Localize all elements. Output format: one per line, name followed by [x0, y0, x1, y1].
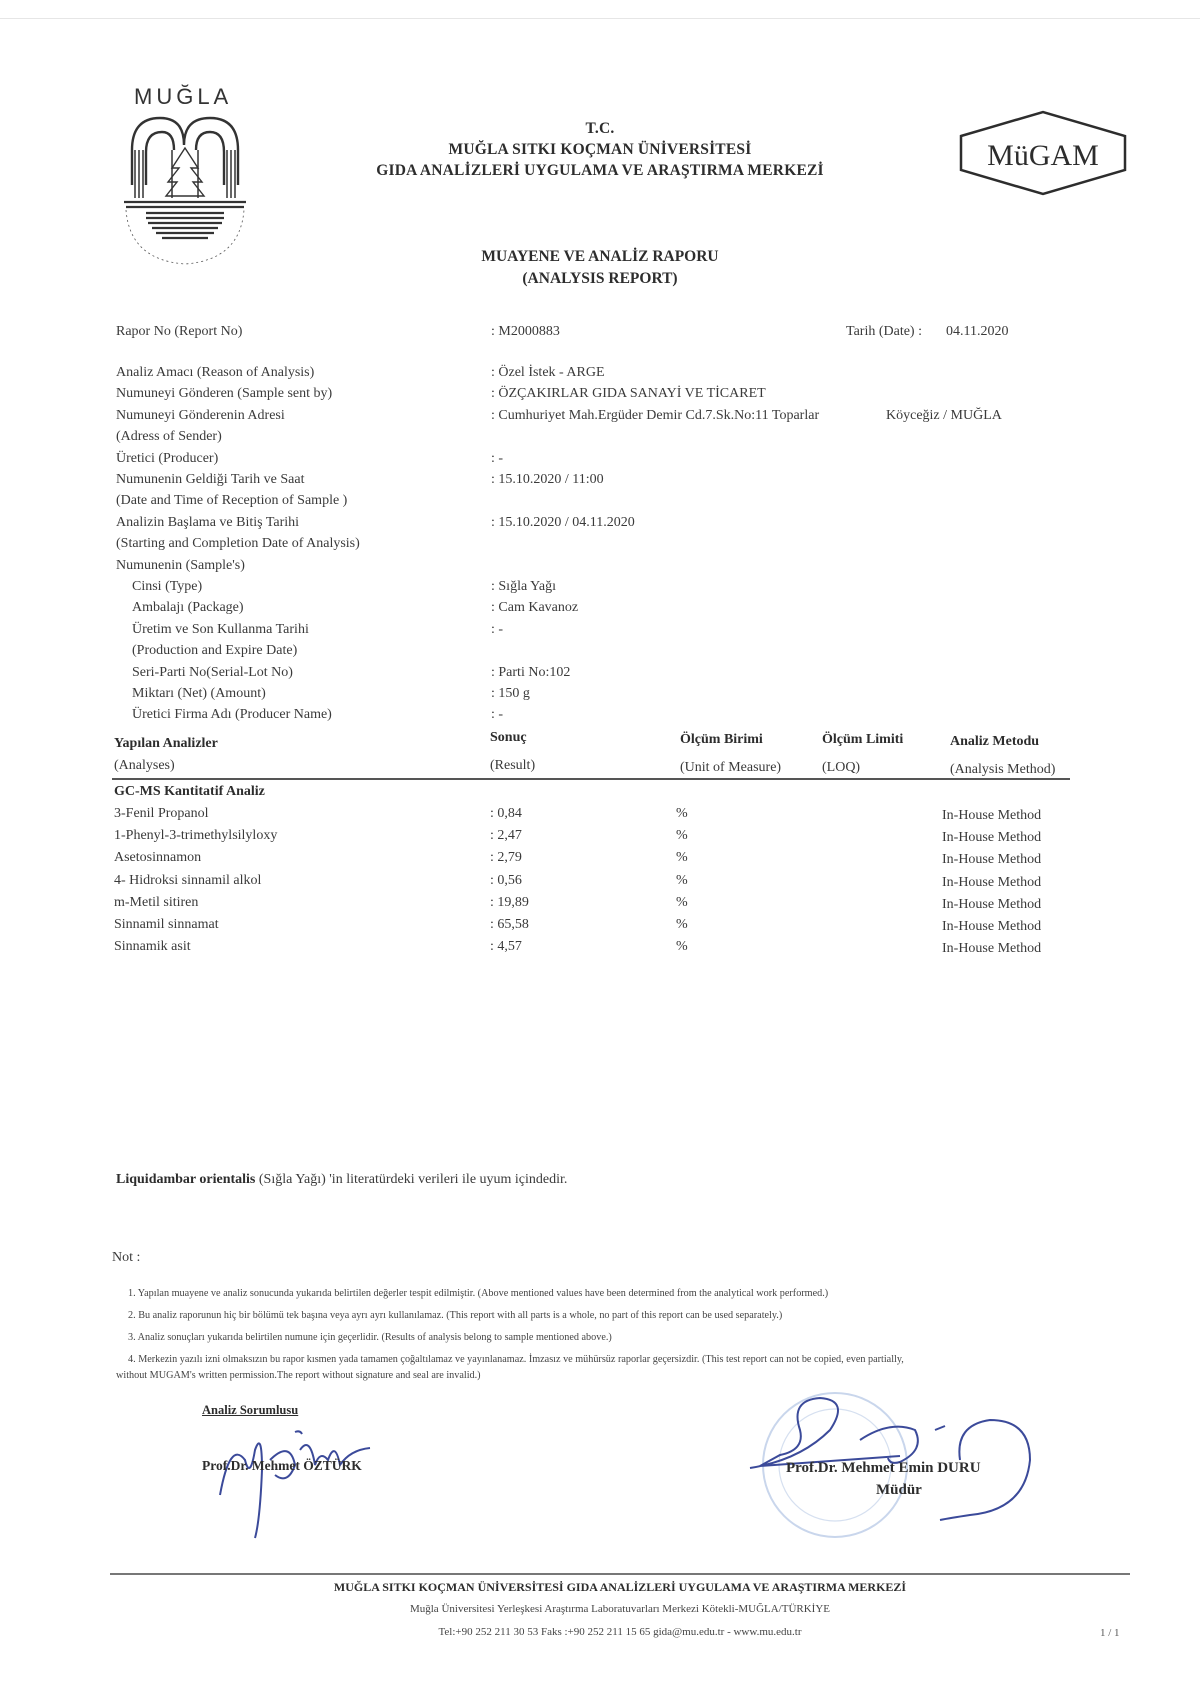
- note-item: 1. Yapılan muayene ve analiz sonucunda y…: [128, 1286, 828, 1301]
- cell-method: In-House Method: [942, 894, 1041, 915]
- col-header-method: Analiz Metodu: [950, 732, 1039, 752]
- sample-value: : Parti No:102: [491, 662, 570, 683]
- report-no-label: Rapor No (Report No): [116, 321, 242, 342]
- footer-institution: MUĞLA SITKI KOÇMAN ÜNİVERSİTESİ GIDA ANA…: [110, 1580, 1130, 1595]
- cell-result: : 65,58: [490, 914, 529, 935]
- cell-method: In-House Method: [942, 916, 1041, 937]
- director-role: Müdür: [876, 1482, 922, 1499]
- col-header-analyses-en: (Analyses): [114, 756, 175, 776]
- cell-unit: %: [676, 936, 688, 957]
- conclusion-species: Liquidambar orientalis: [116, 1172, 255, 1187]
- sample-label: Üretim ve Son Kullanma Tarihi: [132, 619, 309, 640]
- sample-value: : Cam Kavanoz: [491, 597, 578, 618]
- cell-result: : 0,56: [490, 870, 522, 891]
- notes-title: Not :: [112, 1250, 140, 1266]
- sample-label: Üretici Firma Adı (Producer Name): [132, 704, 332, 725]
- sample-label: Miktarı (Net) (Amount): [132, 683, 266, 704]
- institution-heading: T.C. MUĞLA SITKI KOÇMAN ÜNİVERSİTESİ GID…: [330, 118, 870, 181]
- sample-label: Seri-Parti No(Serial-Lot No): [132, 662, 293, 683]
- cell-result: : 4,57: [490, 936, 522, 957]
- sample-label: Ambalajı (Package): [132, 597, 244, 618]
- report-title-en: (ANALYSIS REPORT): [380, 268, 820, 290]
- sample-value: : Sığla Yağı: [491, 576, 556, 597]
- col-header-loq-en: (LOQ): [822, 758, 860, 778]
- info-label: Analizin Başlama ve Bitiş Tarihi: [116, 512, 299, 533]
- cell-unit: %: [676, 870, 688, 891]
- signature-duru-and-seal-icon: [740, 1370, 1070, 1540]
- info-label: (Starting and Completion Date of Analysi…: [116, 533, 360, 554]
- info-label: (Date and Time of Reception of Sample ): [116, 490, 347, 511]
- report-no-value: : M2000883: [491, 321, 560, 342]
- cell-unit: %: [676, 892, 688, 913]
- university-logo: MUĞLA: [122, 84, 252, 264]
- mugam-logo: MüGAM: [955, 108, 1130, 196]
- col-header-unit-en: (Unit of Measure): [680, 758, 781, 778]
- cell-unit: %: [676, 825, 688, 846]
- info-label: Numunenin Geldiği Tarih ve Saat: [116, 469, 305, 490]
- cell-analysis: 1-Phenyl-3-trimethylsilyloxy: [114, 825, 277, 846]
- footer-divider: [110, 1573, 1130, 1575]
- report-date-label: Tarih (Date) :: [846, 321, 922, 342]
- sample-value: : 150 g: [491, 683, 530, 704]
- note-item: 2. Bu analiz raporunun hiç bir bölümü te…: [128, 1308, 782, 1323]
- heading-line-center: GIDA ANALİZLERİ UYGULAMA VE ARAŞTIRMA ME…: [330, 160, 870, 181]
- info-label: Numuneyi Gönderen (Sample sent by): [116, 383, 332, 404]
- col-header-result-en: (Result): [490, 756, 535, 776]
- cell-method: In-House Method: [942, 872, 1041, 893]
- table-header-divider: [112, 778, 1070, 780]
- analysis-group-title: GC-MS Kantitatif Analiz: [114, 781, 265, 802]
- info-label: Numuneyi Gönderenin Adresi: [116, 405, 285, 426]
- info-label: Üretici (Producer): [116, 448, 218, 469]
- col-header-analyses: Yapılan Analizler: [114, 734, 218, 754]
- cell-unit: %: [676, 847, 688, 868]
- info-value: : 15.10.2020 / 11:00: [491, 469, 604, 490]
- svg-text:MüGAM: MüGAM: [987, 139, 1099, 172]
- cell-analysis: 4- Hidroksi sinnamil alkol: [114, 870, 261, 891]
- note-item: 4. Merkezin yazılı izni olmaksızın bu ra…: [128, 1352, 904, 1367]
- cell-analysis: Asetosinnamon: [114, 847, 201, 868]
- page-number: 1 / 1: [1100, 1627, 1120, 1639]
- info-label: (Adress of Sender): [116, 426, 222, 447]
- info-value: : ÖZÇAKIRLAR GIDA SANAYİ VE TİCARET: [491, 383, 766, 404]
- cell-unit: %: [676, 914, 688, 935]
- info-label: Analiz Amacı (Reason of Analysis): [116, 362, 314, 383]
- university-arch-emblem-icon: [122, 110, 252, 270]
- info-value-extra: Köyceğiz / MUĞLA: [886, 405, 1002, 426]
- cell-unit: %: [676, 803, 688, 824]
- conclusion-text: (Sığla Yağı) 'in literatürdeki verileri …: [255, 1172, 567, 1187]
- cell-result: : 0,84: [490, 803, 522, 824]
- cell-result: : 2,47: [490, 825, 522, 846]
- director-name: Prof.Dr. Mehmet Emin DURU: [786, 1460, 981, 1477]
- report-title: MUAYENE VE ANALİZ RAPORU (ANALYSIS REPOR…: [380, 246, 820, 290]
- scan-top-edge: [0, 18, 1200, 19]
- sample-label: Cinsi (Type): [132, 576, 202, 597]
- cell-analysis: 3-Fenil Propanol: [114, 803, 209, 824]
- info-label: Numunenin (Sample's): [116, 555, 245, 576]
- info-value: : -: [491, 448, 503, 469]
- heading-line-university: MUĞLA SITKI KOÇMAN ÜNİVERSİTESİ: [330, 139, 870, 160]
- note-item-continued: without MUGAM's written permission.The r…: [116, 1368, 481, 1383]
- analysis-responsible-name: Prof.Dr. Mehmet ÖZTÜRK: [202, 1458, 362, 1474]
- report-date-value: 04.11.2020: [946, 321, 1008, 342]
- cell-method: In-House Method: [942, 938, 1041, 959]
- mugam-hexagon-icon: MüGAM: [955, 108, 1130, 196]
- col-header-unit: Ölçüm Birimi: [680, 730, 763, 750]
- col-header-method-en: (Analysis Method): [950, 760, 1055, 780]
- note-item: 3. Analiz sonuçları yukarıda belirtilen …: [128, 1330, 612, 1345]
- sample-value: : -: [491, 704, 503, 725]
- analysis-responsible-title: Analiz Sorumlusu: [202, 1403, 298, 1418]
- info-value: : Özel İstek - ARGE: [491, 362, 605, 383]
- cell-method: In-House Method: [942, 827, 1041, 848]
- cell-result: : 19,89: [490, 892, 529, 913]
- cell-analysis: Sinnamik asit: [114, 936, 191, 957]
- sample-label: (Production and Expire Date): [132, 640, 297, 661]
- footer-address: Muğla Üniversitesi Yerleşkesi Araştırma …: [110, 1603, 1130, 1615]
- report-title-tr: MUAYENE VE ANALİZ RAPORU: [380, 246, 820, 268]
- heading-line-tc: T.C.: [330, 118, 870, 139]
- col-header-loq: Ölçüm Limiti: [822, 730, 903, 750]
- cell-analysis: m-Metil sitiren: [114, 892, 198, 913]
- info-value: : Cumhuriyet Mah.Ergüder Demir Cd.7.Sk.N…: [491, 405, 819, 426]
- col-header-result: Sonuç: [490, 728, 527, 748]
- cell-analysis: Sinnamil sinnamat: [114, 914, 219, 935]
- university-logo-text: MUĞLA: [134, 84, 232, 110]
- info-value: : 15.10.2020 / 04.11.2020: [491, 512, 635, 533]
- footer-contact: Tel:+90 252 211 30 53 Faks :+90 252 211 …: [110, 1626, 1130, 1638]
- conclusion-statement: Liquidambar orientalis (Sığla Yağı) 'in …: [116, 1172, 567, 1188]
- sample-value: : -: [491, 619, 503, 640]
- cell-method: In-House Method: [942, 805, 1041, 826]
- signature-ozturk-icon: [200, 1420, 400, 1545]
- cell-method: In-House Method: [942, 849, 1041, 870]
- cell-result: : 2,79: [490, 847, 522, 868]
